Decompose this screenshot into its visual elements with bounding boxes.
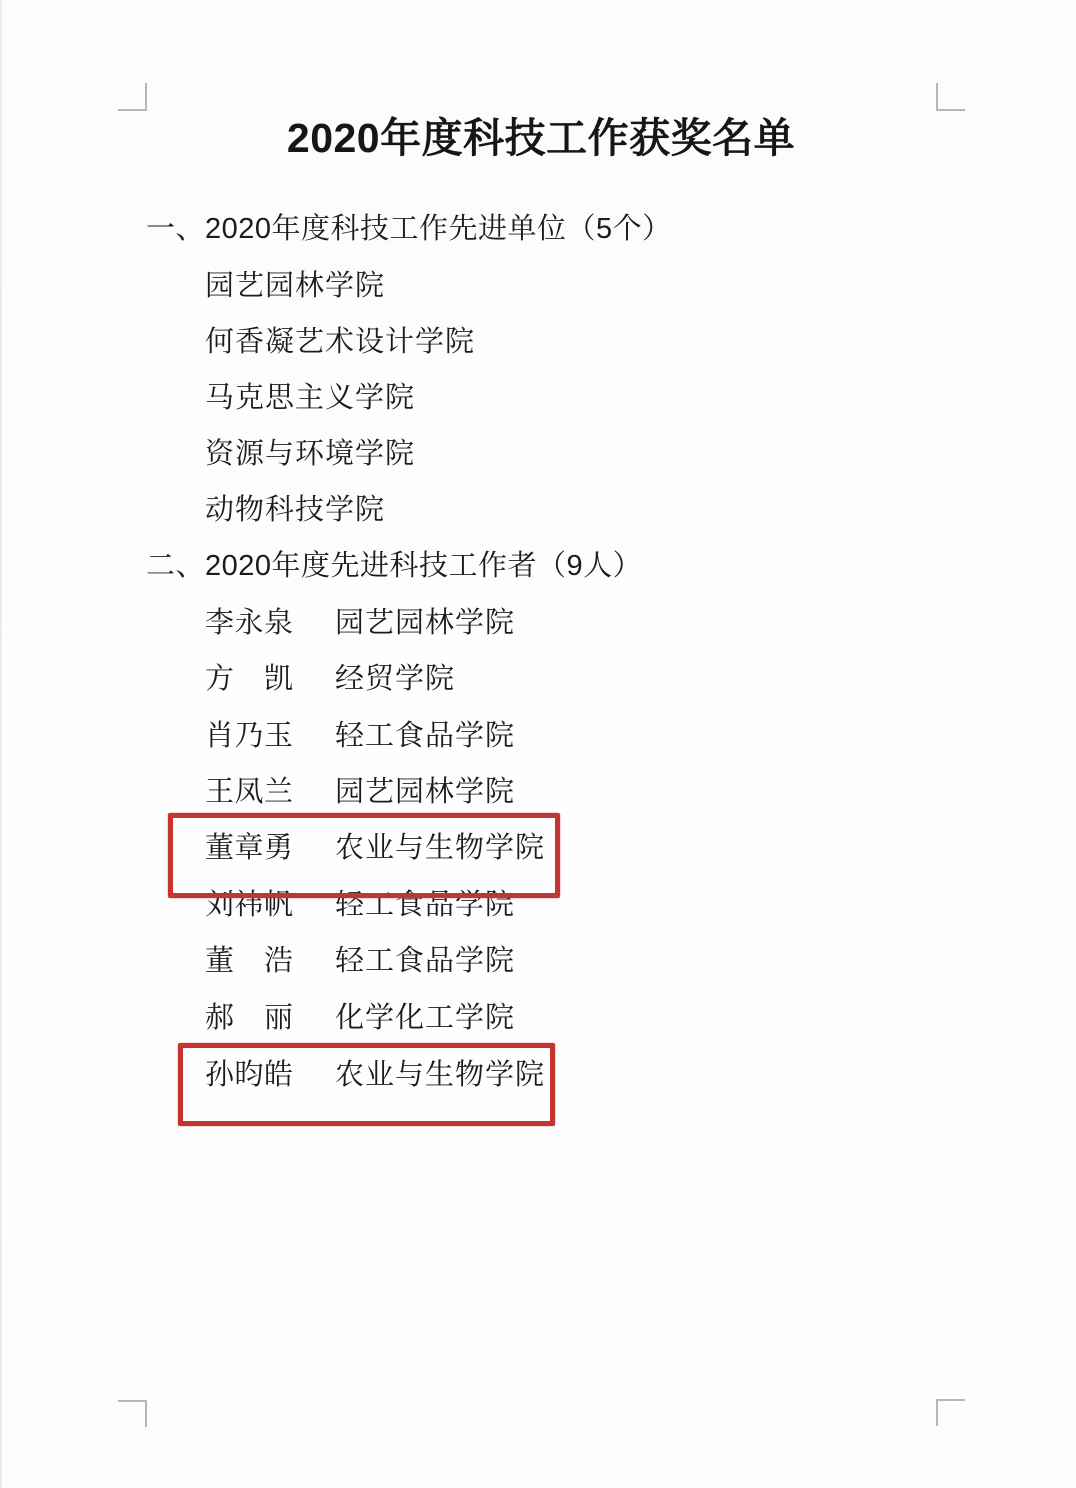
award-row: 李永泉园艺园林学院	[205, 608, 515, 640]
award-row: 董 浩轻工食品学院	[205, 946, 515, 978]
unit-item: 马克思主义学院	[205, 383, 415, 415]
unit-item: 园艺园林学院	[205, 271, 385, 303]
awardee-college: 化学化工学院	[335, 1003, 515, 1035]
crop-mark-bottom-right	[936, 1399, 965, 1426]
document-title: 2020年度科技工作获奖名单	[146, 117, 936, 160]
highlight-box-dong-zhangyong	[168, 813, 560, 898]
awardee-name: 李永泉	[205, 608, 294, 640]
crop-mark-top-right	[936, 83, 965, 111]
award-row: 王凤兰园艺园林学院	[205, 777, 515, 809]
awardee-name: 王凤兰	[205, 777, 294, 809]
document-page: 2020年度科技工作获奖名单 一、2020年度科技工作先进单位（5个） 园艺园林…	[0, 0, 1076, 1488]
award-row: 肖乃玉轻工食品学院	[205, 721, 515, 753]
awardee-name: 方 凯	[205, 664, 294, 696]
awardee-name: 董 浩	[205, 946, 294, 978]
crop-mark-top-left	[118, 83, 147, 111]
photo-edge-artifact	[0, 0, 2, 1488]
section2-heading: 二、2020年度先进科技工作者（9人）	[146, 551, 642, 583]
awardee-college: 园艺园林学院	[335, 777, 515, 809]
awardee-college: 轻工食品学院	[335, 946, 515, 978]
awardee-college: 园艺园林学院	[335, 608, 515, 640]
awardee-name: 郝 丽	[205, 1003, 294, 1035]
award-row: 郝 丽化学化工学院	[205, 1003, 515, 1035]
awardee-college: 经贸学院	[335, 664, 455, 696]
unit-item: 资源与环境学院	[205, 439, 415, 471]
section1-heading: 一、2020年度科技工作先进单位（5个）	[146, 214, 672, 246]
crop-mark-bottom-left	[118, 1400, 147, 1427]
highlight-box-sun-yunhao	[178, 1043, 555, 1126]
awardee-name: 肖乃玉	[205, 721, 294, 753]
unit-item: 何香凝艺术设计学院	[205, 327, 475, 359]
award-row: 方 凯经贸学院	[205, 664, 455, 696]
unit-item: 动物科技学院	[205, 495, 385, 527]
awardee-college: 轻工食品学院	[335, 721, 515, 753]
